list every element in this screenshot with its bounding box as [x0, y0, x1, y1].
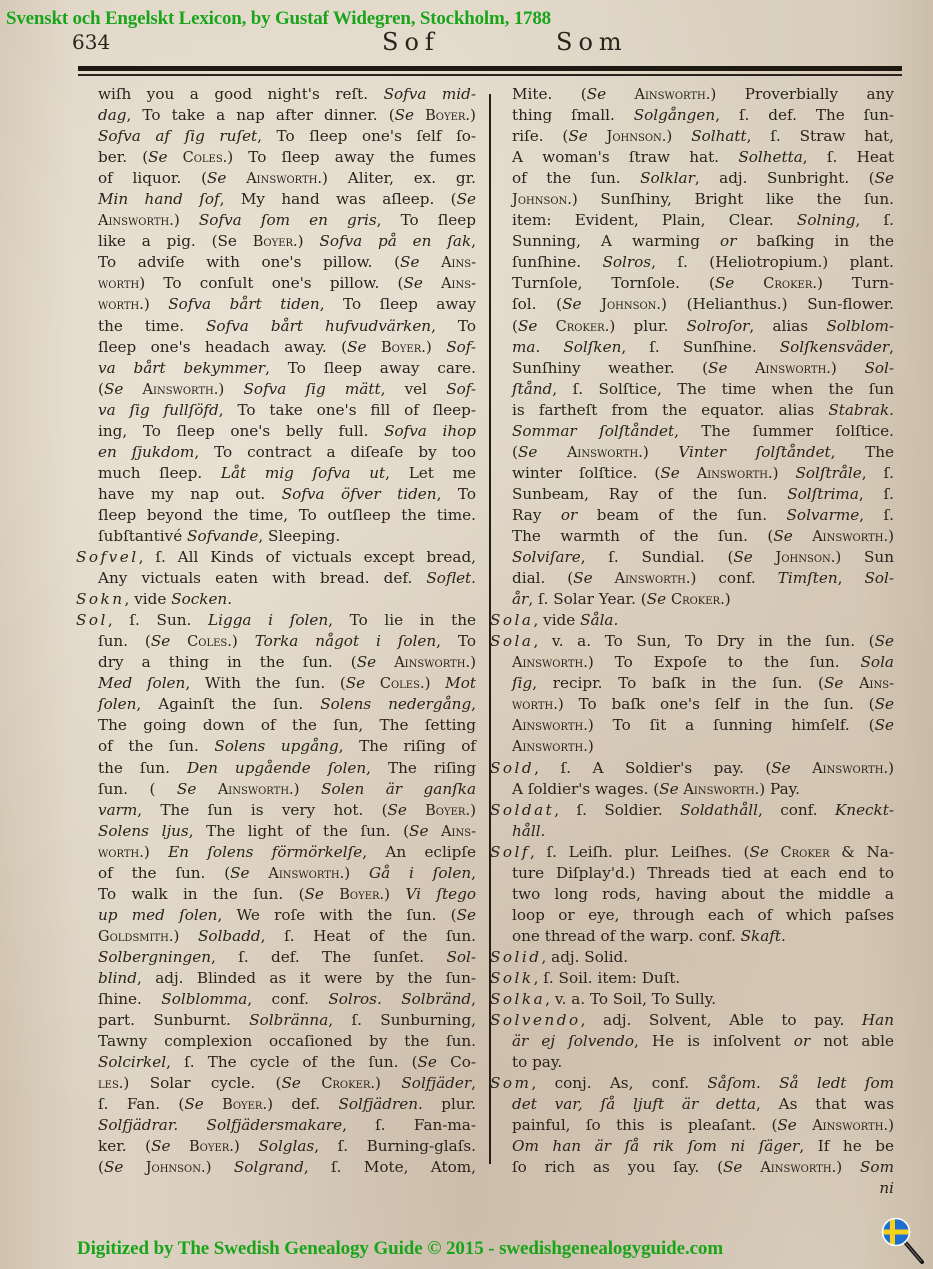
definition-text: ) (Helianthus.) Sun-flower.	[661, 295, 894, 313]
reference-source: Ainsworth.	[760, 1160, 836, 1176]
swedish-phrase: Stabrak.	[828, 401, 894, 419]
text-line: worth.) En ſolens förmörkelſe, An eclipſ…	[76, 842, 476, 863]
definition-text: )	[232, 632, 255, 650]
swedish-phrase: Sofvande	[187, 527, 258, 545]
definition-text: , To ſleep away care.	[265, 359, 476, 377]
definition-text: )	[218, 380, 243, 398]
definition-text: the ſun.	[98, 759, 187, 777]
reference-source: worth.	[512, 697, 558, 713]
definition-text: ) To conſult one's pillow. (	[139, 274, 403, 292]
definition-text: , v. a. To Sun, To Dry in the ſun. (	[533, 632, 874, 650]
text-line: worth.) To baſk one's ſelf in the ſun. (…	[490, 694, 894, 715]
definition-text: Mite. (	[512, 85, 587, 103]
swedish-phrase: Min hand ſof	[98, 190, 220, 208]
definition-text: , The riſing	[366, 759, 476, 777]
text-line: Turnſole, Tornſole. (Se Croker.) Turn-	[490, 273, 894, 294]
reference-source: Goldsmith.	[98, 929, 173, 945]
definition-text: , vide	[125, 590, 172, 608]
text-line: painful, ſo this is pleaſant. (Se Ainswo…	[490, 1115, 894, 1136]
definition-text: thing ſmall.	[512, 106, 634, 124]
swedish-phrase: Se	[771, 759, 812, 777]
definition-text: ) Aliter, ex. gr.	[322, 169, 476, 187]
swedish-phrase: Sola	[861, 653, 894, 671]
swedish-phrase: Solens ljus	[98, 822, 189, 840]
text-line: To walk in the ſun. (Se Boyer.) Vi ſtego	[76, 884, 476, 905]
text-line: Solfjädrar. Solfjädersmakare, ſ. Fan-ma-	[76, 1115, 476, 1136]
definition-text: ) Solar cycle. (	[123, 1074, 281, 1092]
reference-source: Croker.	[763, 276, 817, 292]
text-line: much ſleep. Låt mig ſofva ut, Let me	[76, 463, 476, 484]
definition-text: , adj. Blinded as it were by the ſun-	[137, 969, 476, 987]
text-line: Sunning, A warming or baſking in the	[490, 231, 894, 252]
swedish-phrase: Se	[573, 569, 614, 587]
swedish-phrase: Se	[457, 906, 476, 924]
definition-text: )	[725, 590, 731, 608]
definition-text: ,	[889, 338, 894, 356]
definition-text: )	[298, 232, 320, 250]
definition-text: of the ſun.	[512, 169, 640, 187]
text-line: Sola, v. a. To Sun, To Dry in the ſun. (…	[490, 631, 894, 652]
swedish-phrase: ma. Solſken	[512, 338, 621, 356]
definition-text: , recipr. To baſk in the ſun. (	[532, 674, 824, 692]
headword: Sold	[490, 759, 534, 777]
definition-text: dry a thing in the ſun. (	[98, 653, 357, 671]
text-line: dial. (Se Ainsworth.) conf. Timſten, Sol…	[490, 568, 894, 589]
text-line: dry a thing in the ſun. (Se Ainsworth.)	[76, 652, 476, 673]
definition-text: , alias	[749, 317, 826, 335]
text-line: Solbergningen, ſ. def. The ſunſet. Sol-	[76, 947, 476, 968]
definition-text: ) plur.	[609, 317, 686, 335]
swedish-phrase: Solklar	[640, 169, 695, 187]
swedish-phrase: Sofva ſom en gris	[199, 211, 377, 229]
text-line: the ſun. Den upgående ſolen, The riſing	[76, 758, 476, 779]
definition-text: To adviſe with one's pillow. (	[98, 253, 400, 271]
text-line: va bårt bekymmer, To ſleep away care.	[76, 358, 476, 379]
text-line: ſubſtantivé Sofvande, Sleeping.	[76, 526, 476, 547]
reference-source: Croker.	[556, 319, 610, 335]
definition-text: ſun. (	[98, 632, 151, 650]
swedish-phrase: Solgången	[634, 106, 715, 124]
swedish-phrase: Sol-	[864, 359, 894, 377]
headword: Solk	[490, 969, 534, 987]
headword: Solka	[490, 990, 545, 1008]
swedish-phrase: Se	[148, 148, 182, 166]
swedish-phrase: En ſolens förmörkelſe	[168, 843, 362, 861]
definition-text: )	[470, 801, 476, 819]
swedish-phrase: Den upgående ſolen	[187, 759, 366, 777]
swedish-phrase: det var, ſå ljuft är detta	[512, 1095, 756, 1113]
definition-text: of the ſun. (	[98, 864, 230, 882]
swedish-phrase: Se	[723, 1158, 760, 1176]
text-line: (Se Croker.) plur. Solroſor, alias Solbl…	[490, 316, 894, 337]
definition-text: To walk in the ſun. (	[98, 885, 305, 903]
definition-text: beam of the ſun.	[577, 506, 786, 524]
reference-source: Boyer.	[425, 803, 470, 819]
text-line: Om han är ſå rik ſom ni ſäger, If he be	[490, 1136, 894, 1157]
headword: Som	[490, 1074, 531, 1092]
definition-text: Tawny complexion occaſioned by the ſun.	[98, 1032, 476, 1050]
definition-text: , ſ.	[859, 485, 894, 503]
definition-text: , ſ. A Soldier's pay. (	[534, 759, 771, 777]
headword: Solid	[490, 948, 542, 966]
swedish-phrase: en ſjukdom	[98, 443, 194, 461]
definition-text: , ſ. Solſtice, The time when the ſun	[552, 380, 894, 398]
definition-text: )	[144, 295, 168, 313]
text-line: Min hand ſof, My hand was aſleep. (Se	[76, 189, 476, 210]
definition-text: much ſleep.	[98, 464, 221, 482]
swedish-phrase: Solfjäder	[401, 1074, 471, 1092]
text-line: is fartheſt from the equator. alias Stab…	[490, 400, 894, 421]
swedish-phrase: Se	[875, 716, 894, 734]
reference-source: worth.	[98, 297, 144, 313]
definition-text: , ſ. All Kinds of victuals except bread,	[139, 548, 476, 566]
reference-source: Ainsworth.	[697, 466, 773, 482]
reference-source: Ainsworth.	[246, 171, 322, 187]
text-line: Sol, ſ. Sun. Ligga i ſolen, To lie in th…	[76, 610, 476, 631]
definition-text: ker. (	[98, 1137, 151, 1155]
definition-text: )	[234, 1137, 258, 1155]
swedish-phrase: Se	[347, 338, 381, 356]
reference-source: Johnson.	[512, 192, 572, 208]
definition-text: ,	[471, 232, 476, 250]
definition-text: , conf.	[758, 801, 835, 819]
definition-text: Ray	[512, 506, 561, 524]
definition-text: , ſ. The cycle of the ſun. (	[166, 1053, 417, 1071]
header-rule-thin	[78, 74, 902, 76]
swedish-phrase: Solros. Solbränd	[328, 990, 471, 1008]
definition-text: , ſ. Straw hat,	[747, 127, 894, 145]
definition-text: A woman's ſtraw hat.	[512, 148, 738, 166]
text-line: A woman's ſtraw hat. Solhetta, ſ. Heat	[490, 147, 894, 168]
swedish-phrase: Solcirkel	[98, 1053, 166, 1071]
swedish-phrase: Se	[647, 590, 671, 608]
reference-source: Johnson.	[146, 1160, 206, 1176]
text-line: Any victuals eaten with bread. def. Sofl…	[76, 568, 476, 589]
definition-text: )	[773, 464, 796, 482]
text-line: one thread of the warp. conf. Skaft.	[490, 926, 894, 947]
text-line: Tawny complexion occaſioned by the ſun.	[76, 1031, 476, 1052]
swedish-phrase: Sol-	[864, 569, 894, 587]
definition-text: one thread of the warp. conf.	[512, 927, 741, 945]
text-line: ſol. (Se Johnson.) (Helianthus.) Sun-flo…	[490, 294, 894, 315]
definition-text: of the ſun.	[98, 737, 214, 755]
swedish-phrase: Ligga i ſolen	[208, 611, 328, 629]
reference-source: Ainsworth.	[268, 866, 344, 882]
swedish-phrase: Sofva mid-	[384, 85, 476, 103]
swedish-phrase: Såſom. Så ledt ſom	[707, 1074, 894, 1092]
swedish-phrase: Se	[518, 317, 556, 335]
definition-text: , ſ. Sunſhine.	[621, 338, 779, 356]
text-line: Ainsworth.) Sofva ſom en gris, To ſleep	[76, 210, 476, 231]
definition-text: )	[384, 885, 405, 903]
text-line: ſleep beyond the time, To outſleep the t…	[76, 505, 476, 526]
swedish-phrase: Se	[587, 85, 635, 103]
swedish-phrase: Sofva ſig mätt	[244, 380, 381, 398]
text-line: the time. Sofva bårt hufvudvärken, To	[76, 316, 476, 337]
text-line: Med ſolen, With the ſun. (Se Coles.) Mot	[76, 673, 476, 694]
definition-text: )	[206, 1158, 234, 1176]
definition-text: winter ſolſtice. (	[512, 464, 660, 482]
swedish-phrase: Sof-	[446, 338, 476, 356]
definition-text: A ſoldier's wages. (	[512, 780, 659, 798]
text-line: Som, conj. As, conf. Såſom. Så ledt ſom	[490, 1073, 894, 1094]
reference-source: Boyer.	[425, 108, 470, 124]
swedish-phrase: Solroſor	[687, 317, 750, 335]
swedish-phrase: Torka något i ſolen	[255, 632, 436, 650]
text-line: Sokn, vide Socken.	[76, 589, 476, 610]
text-line: Ainsworth.)	[490, 736, 894, 757]
reference-source: Ains-	[441, 255, 476, 271]
text-line: ſun. (Se Coles.) Torka något i ſolen, To	[76, 631, 476, 652]
text-line: Solcirkel, ſ. The cycle of the ſun. (Se …	[76, 1052, 476, 1073]
reference-source: Croker.	[671, 592, 725, 608]
text-line: The warmth of the ſun. (Se Ainsworth.)	[490, 526, 894, 547]
definition-text: ing, To ſleep one's belly full.	[98, 422, 384, 440]
text-line: blind, adj. Blinded as it were by the ſu…	[76, 968, 476, 989]
swedish-phrase: Sofva öfver tiden	[282, 485, 437, 503]
text-line: Sola, vide Såla.	[490, 610, 894, 631]
swedish-phrase: ſolen	[98, 695, 136, 713]
swedish-phrase: Solſtrima	[787, 485, 859, 503]
definition-text: ture Diſplay'd.) Threads tied at each en…	[512, 864, 894, 882]
reference-source: Ainsworth.	[812, 1118, 888, 1134]
definition-text: ſleep beyond the time, To outſleep the t…	[98, 506, 476, 524]
swedish-phrase: Solblom-	[826, 317, 894, 335]
definition-text: , ſ.	[862, 464, 894, 482]
definition-text: ber. (	[98, 148, 148, 166]
swedish-phrase: Vi ſtego	[405, 885, 476, 903]
reference-source: Boyer.	[222, 1097, 267, 1113]
swedish-phrase: håll.	[512, 822, 545, 840]
definition-text: of liquor. (	[98, 169, 207, 187]
swedish-phrase: Se	[104, 380, 143, 398]
text-line: ma. Solſken, ſ. Sunſhine. Solſkensväder,	[490, 337, 894, 358]
definition-text: , conj. As, conf.	[531, 1074, 707, 1092]
reference-source: Johnson.	[607, 129, 667, 145]
definition-text: , ſ. def. The ſunſet.	[211, 948, 446, 966]
text-line: A ſoldier's wages. (Se Ainsworth.) Pay.	[490, 779, 894, 800]
definition-text: ſun. (	[98, 780, 177, 798]
text-line: ſtånd, ſ. Solſtice, The time when the ſu…	[490, 379, 894, 400]
text-line: Solf, ſ. Leiſh. plur. Leiſhes. (Se Croke…	[490, 842, 894, 863]
definition-text: , Againſt the ſun.	[136, 695, 320, 713]
text-line: ture Diſplay'd.) Threads tied at each en…	[490, 863, 894, 884]
definition-text: ſleep one's headach away. (	[98, 338, 347, 356]
definition-text: & Na-	[830, 843, 894, 861]
definition-text: not able	[810, 1032, 894, 1050]
swedish-phrase: Se	[659, 780, 683, 798]
definition-text: , An eclipſe	[362, 843, 476, 861]
definition-text: , vel	[381, 380, 447, 398]
reference-source: Ainsworth.	[394, 655, 470, 671]
swedish-phrase: Låt mig ſofva ut	[221, 464, 385, 482]
definition-text: ſubſtantivé	[98, 527, 187, 545]
definition-text: )	[888, 1116, 894, 1134]
swedish-phrase: Solning	[797, 211, 856, 229]
text-line: loop or eye, through each of which paſse…	[490, 905, 894, 926]
swedish-phrase: Solſkensväder	[780, 338, 889, 356]
swedish-phrase: Om han är ſå rik ſom ni ſäger	[512, 1137, 799, 1155]
text-line: part. Sunburnt. Solbränna, ſ. Sunburning…	[76, 1010, 476, 1031]
definition-text: have my nap out.	[98, 485, 282, 503]
definition-text: , ſ. Soil. item: Duſt.	[534, 969, 681, 987]
column-left: wiſh you a good night's reſt. Sofva mid-…	[76, 84, 476, 1178]
definition-text: , v. a. To Soil, To Sully.	[545, 990, 716, 1008]
reference-source: Coles.	[380, 676, 425, 692]
definition-text: ) Proverbially any	[710, 85, 894, 103]
swedish-phrase: Solen är ganſka	[321, 780, 476, 798]
definition-text: , To take one's fill of ſleep-	[219, 401, 476, 419]
text-line: The going down of the ſun, The ſetting	[76, 715, 476, 736]
reference-source: Coles.	[183, 150, 228, 166]
text-line: les.) Solar cycle. (Se Croker.) Solfjäde…	[76, 1073, 476, 1094]
definition-text: , To contract a diſeaſe by too	[194, 443, 476, 461]
running-head-right: Som	[556, 28, 628, 56]
headword: Solvendo	[490, 1011, 581, 1029]
swedish-phrase: Skaft.	[741, 927, 786, 945]
reference-source: Ainsworth.	[143, 382, 219, 398]
reference-source: worth.	[98, 845, 144, 861]
text-line: va ſig fullſöfd, To take one's fill of ſ…	[76, 400, 476, 421]
swedish-phrase: Se	[875, 695, 894, 713]
definition-text: )	[588, 737, 594, 755]
text-line: (Se Ainsworth.) Vinter ſolſtåndet, The	[490, 442, 894, 463]
definition-text: ) conf.	[691, 569, 778, 587]
text-line: wiſh you a good night's reſt. Sofva mid-	[76, 84, 476, 105]
swedish-phrase: Se	[562, 295, 601, 313]
swedish-phrase: or	[720, 232, 736, 250]
definition-text: )	[425, 674, 446, 692]
definition-text: , Sleeping.	[258, 527, 340, 545]
swedish-phrase: Solfjädrar. Solfjädersmakare	[98, 1116, 342, 1134]
reference-source: Ainsworth.	[755, 361, 831, 377]
definition-text: )	[888, 527, 894, 545]
text-line: have my nap out. Sofva öfver tiden, To	[76, 484, 476, 505]
definition-text: , adj. Sunbright. (	[695, 169, 875, 187]
text-line: worth.) Sofva bårt tiden, To ſleep away	[76, 294, 476, 315]
running-head: 634 Sof Som	[0, 26, 933, 60]
text-line: Soldat, ſ. Soldier. Soldathåll, conf. Kn…	[490, 800, 894, 821]
definition-text: Sunning, A warming	[512, 232, 720, 250]
reference-source: Ainsworth.	[567, 445, 643, 461]
definition-text: , To ſleep away	[320, 295, 476, 313]
definition-text: )	[888, 759, 894, 777]
swedish-flag-magnifier-icon	[876, 1212, 930, 1266]
text-line: thing ſmall. Solgången, ſ. def. The ſun-	[490, 105, 894, 126]
definition-text: item: Evident, Plain, Clear.	[512, 211, 797, 229]
headword: Soldat	[490, 801, 554, 819]
definition-text: , vide	[533, 611, 580, 629]
definition-text: ) def.	[267, 1095, 338, 1113]
definition-text: )	[173, 927, 198, 945]
text-line: (Se Johnson.) Solgrand, ſ. Mote, Atom,	[76, 1157, 476, 1178]
definition-text: loop or eye, through each of which paſse…	[512, 906, 894, 924]
swedish-phrase: Sof-	[446, 380, 476, 398]
definition-text: ) To baſk one's ſelf in the ſun. (	[558, 695, 875, 713]
swedish-phrase: Se	[733, 548, 775, 566]
swedish-phrase: Se	[715, 274, 763, 292]
definition-text: , The	[831, 443, 894, 461]
definition-text: , With the ſun. (	[185, 674, 345, 692]
definition-text: )	[174, 211, 199, 229]
swedish-phrase: ſig	[512, 674, 532, 692]
text-line: Ainsworth.) To Expoſe to the ſun. Sola	[490, 652, 894, 673]
definition-text: , To ſleep	[377, 211, 476, 229]
text-line: To adviſe with one's pillow. (Se Ains-	[76, 252, 476, 273]
definition-text: )	[375, 1074, 401, 1092]
headword: Solf	[490, 843, 530, 861]
reference-source: Ainsworth.	[683, 782, 759, 798]
swedish-phrase: Se	[305, 885, 340, 903]
swedish-phrase: varm	[98, 801, 137, 819]
text-line: worth) To conſult one's pillow. (Se Ains…	[76, 273, 476, 294]
reference-source: Ains-	[859, 676, 894, 692]
reference-source: Ainsworth.	[218, 782, 294, 798]
reference-source: Coles.	[187, 634, 232, 650]
definition-text: , To	[431, 317, 476, 335]
swedish-phrase: Solbergningen	[98, 948, 211, 966]
swedish-phrase: Se	[568, 127, 606, 145]
text-line: Mite. (Se Ainsworth.) Proverbially any	[490, 84, 894, 105]
swedish-phrase: är ej ſolvendo	[512, 1032, 634, 1050]
text-line: ing, To ſleep one's belly full. Sofva ih…	[76, 421, 476, 442]
swedish-phrase: Se	[388, 801, 426, 819]
swedish-phrase: Sofva af ſig ruſet	[98, 127, 257, 145]
running-head-left: Sof	[382, 28, 440, 56]
swedish-phrase: Se	[875, 169, 894, 187]
swedish-phrase: Se	[346, 674, 380, 692]
definition-text: )	[666, 127, 691, 145]
definition-text: , The ſummer ſolſtice.	[674, 422, 894, 440]
swedish-phrase: Solhetta	[738, 148, 802, 166]
text-line: to pay.	[490, 1052, 894, 1073]
reference-source: Croker	[781, 845, 830, 861]
definition-text: Sunſhiny weather. (	[512, 359, 708, 377]
text-line: ſun. ( Se Ainsworth.) Solen är ganſka	[76, 779, 476, 800]
swedish-phrase: Se	[773, 527, 812, 545]
definition-text: , The riſing of	[339, 737, 476, 755]
reference-source: Ainsworth.	[512, 718, 588, 734]
definition-text: ) Sun	[835, 548, 894, 566]
swedish-phrase: Solvarme	[787, 506, 860, 524]
definition-text: , adj. Solvent, Able to pay.	[581, 1011, 862, 1029]
definition-text: , He is inſolvent	[634, 1032, 794, 1050]
definition-text: plur.	[423, 1095, 476, 1113]
text-line: det var, ſå ljuft är detta, As that was	[490, 1094, 894, 1115]
swedish-phrase: Mot	[445, 674, 476, 692]
definition-text: ſo rich as you ſay. (	[512, 1158, 723, 1176]
reference-source: worth	[98, 276, 139, 292]
swedish-phrase: Se	[749, 843, 780, 861]
definition-text: , ſ. Sundial. (	[581, 548, 734, 566]
text-line: Ray or beam of the ſun. Solvarme, ſ.	[490, 505, 894, 526]
swedish-phrase: Se	[824, 674, 859, 692]
definition-text: )	[426, 338, 446, 356]
headword: Sofvel	[76, 548, 139, 566]
reference-source: Ains-	[441, 824, 476, 840]
text-line: winter ſolſtice. (Se Ainsworth.) Solſtrå…	[490, 463, 894, 484]
reference-source: Johnson.	[601, 297, 661, 313]
definition-text: ſhine.	[98, 990, 161, 1008]
definition-text: baſking in the	[736, 232, 894, 250]
definition-text: the time.	[98, 317, 206, 335]
swedish-phrase: Solbränna	[249, 1011, 328, 1029]
header-rule-thick	[78, 66, 902, 71]
definition-text: , ſ. Sun.	[108, 611, 208, 629]
reference-source: Croker.	[321, 1076, 375, 1092]
definition-text: ) Pay.	[759, 780, 800, 798]
swedish-phrase: Se	[151, 632, 187, 650]
